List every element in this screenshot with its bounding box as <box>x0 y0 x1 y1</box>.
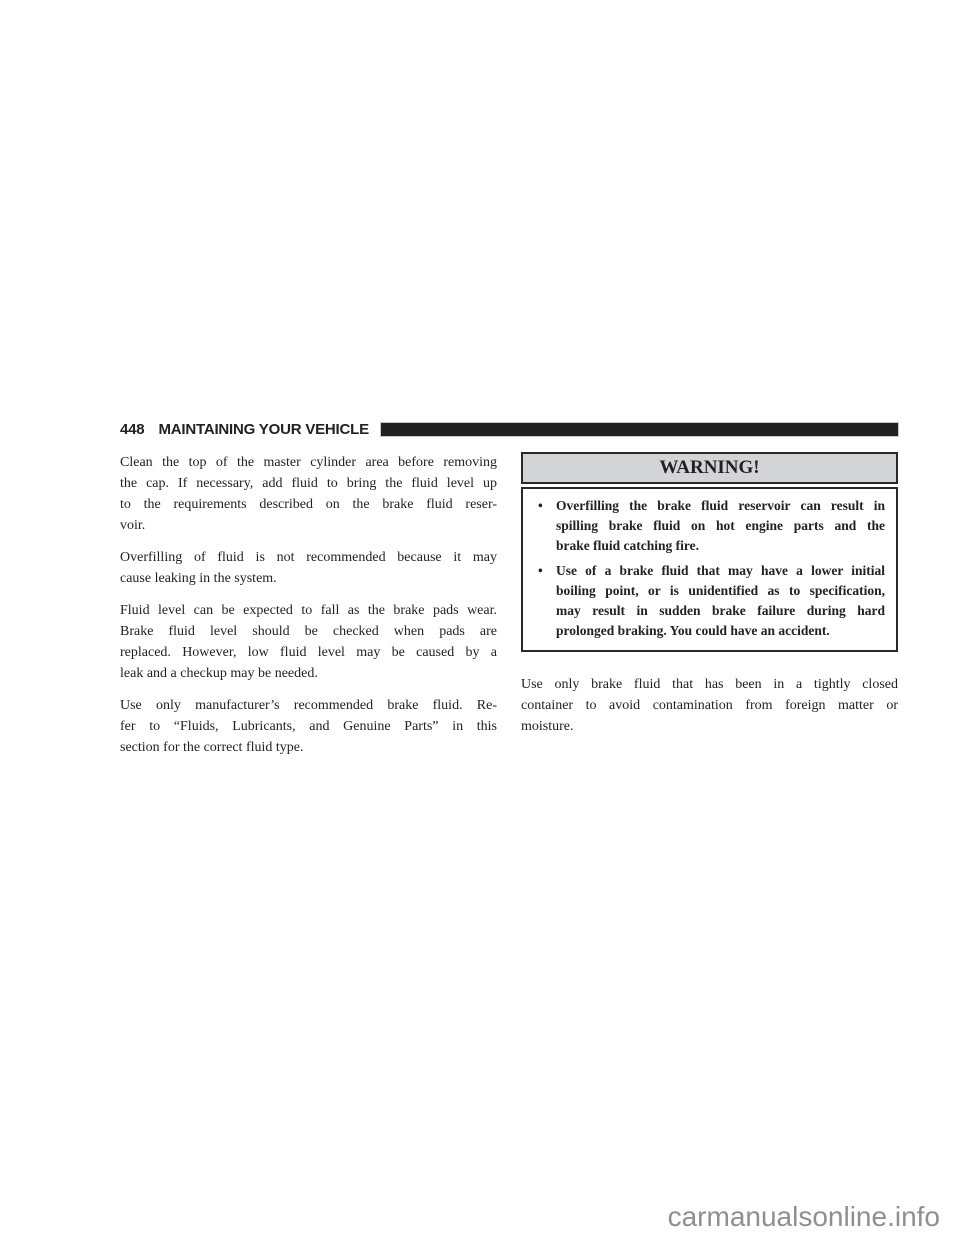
text-line: the cap. If necessary, add fluid to brin… <box>120 473 497 494</box>
warning-box: WARNING! •Overfilling the brake fluid re… <box>521 452 898 652</box>
text-line: prolonged braking. You could have an acc… <box>556 621 885 641</box>
text-line: container to avoid contamination from fo… <box>521 695 898 716</box>
page-number: 448 <box>120 421 144 438</box>
text-line: section for the correct fluid type. <box>120 737 497 758</box>
text-line: replaced. However, low fluid level may b… <box>120 642 497 663</box>
watermark: carmanualsonline.info <box>668 1201 940 1233</box>
text-line: fer to “Fluids, Lubricants, and Genuine … <box>120 716 497 737</box>
warning-title: WARNING! <box>521 452 898 484</box>
text-line: to the requirements described on the bra… <box>120 494 497 515</box>
right-column: WARNING! •Overfilling the brake fluid re… <box>521 452 898 758</box>
paragraph: Clean the top of the master cylinder are… <box>120 452 497 536</box>
right-column-text: Use only brake fluid that has been in a … <box>521 674 898 737</box>
warning-body: •Overfilling the brake fluid reservoir c… <box>521 487 898 652</box>
text-line: may result in sudden brake failure durin… <box>556 601 885 621</box>
paragraph: Fluid level can be expected to fall as t… <box>120 600 497 684</box>
text-line: Use of a brake fluid that may have a low… <box>556 561 885 581</box>
text-line: leak and a checkup may be needed. <box>120 663 497 684</box>
running-header: 448 MAINTAINING YOUR VEHICLE <box>120 421 898 438</box>
section-title: MAINTAINING YOUR VEHICLE <box>158 421 369 438</box>
bullet-item: •Use of a brake fluid that may have a lo… <box>534 561 885 641</box>
text-line: spilling brake fluid on hot engine parts… <box>556 516 885 536</box>
text-line: Brake fluid level should be checked when… <box>120 621 497 642</box>
text-line: brake fluid catching fire. <box>556 536 885 556</box>
content-columns: Clean the top of the master cylinder are… <box>120 452 898 758</box>
text-line: Overfilling the brake fluid reservoir ca… <box>556 496 885 516</box>
text-line: cause leaking in the system. <box>120 568 497 589</box>
bullet-item: •Overfilling the brake fluid reservoir c… <box>534 496 885 556</box>
bullet-icon: • <box>538 496 543 516</box>
bullet-icon: • <box>538 561 543 581</box>
header-rule-bar <box>381 423 898 436</box>
text-line: voir. <box>120 515 497 536</box>
text-line: Overfilling of fluid is not recommended … <box>120 547 497 568</box>
text-line: Clean the top of the master cylinder are… <box>120 452 497 473</box>
text-line: Fluid level can be expected to fall as t… <box>120 600 497 621</box>
text-line: Use only manufacturer’s recommended brak… <box>120 695 497 716</box>
manual-page: 448 MAINTAINING YOUR VEHICLE Clean the t… <box>0 0 960 1242</box>
paragraph: Use only manufacturer’s recommended brak… <box>120 695 497 758</box>
text-line: boiling point, or is unidentified as to … <box>556 581 885 601</box>
left-column: Clean the top of the master cylinder are… <box>120 452 497 758</box>
paragraph: Overfilling of fluid is not recommended … <box>120 547 497 589</box>
paragraph: Use only brake fluid that has been in a … <box>521 674 898 737</box>
text-line: Use only brake fluid that has been in a … <box>521 674 898 695</box>
text-line: moisture. <box>521 716 898 737</box>
